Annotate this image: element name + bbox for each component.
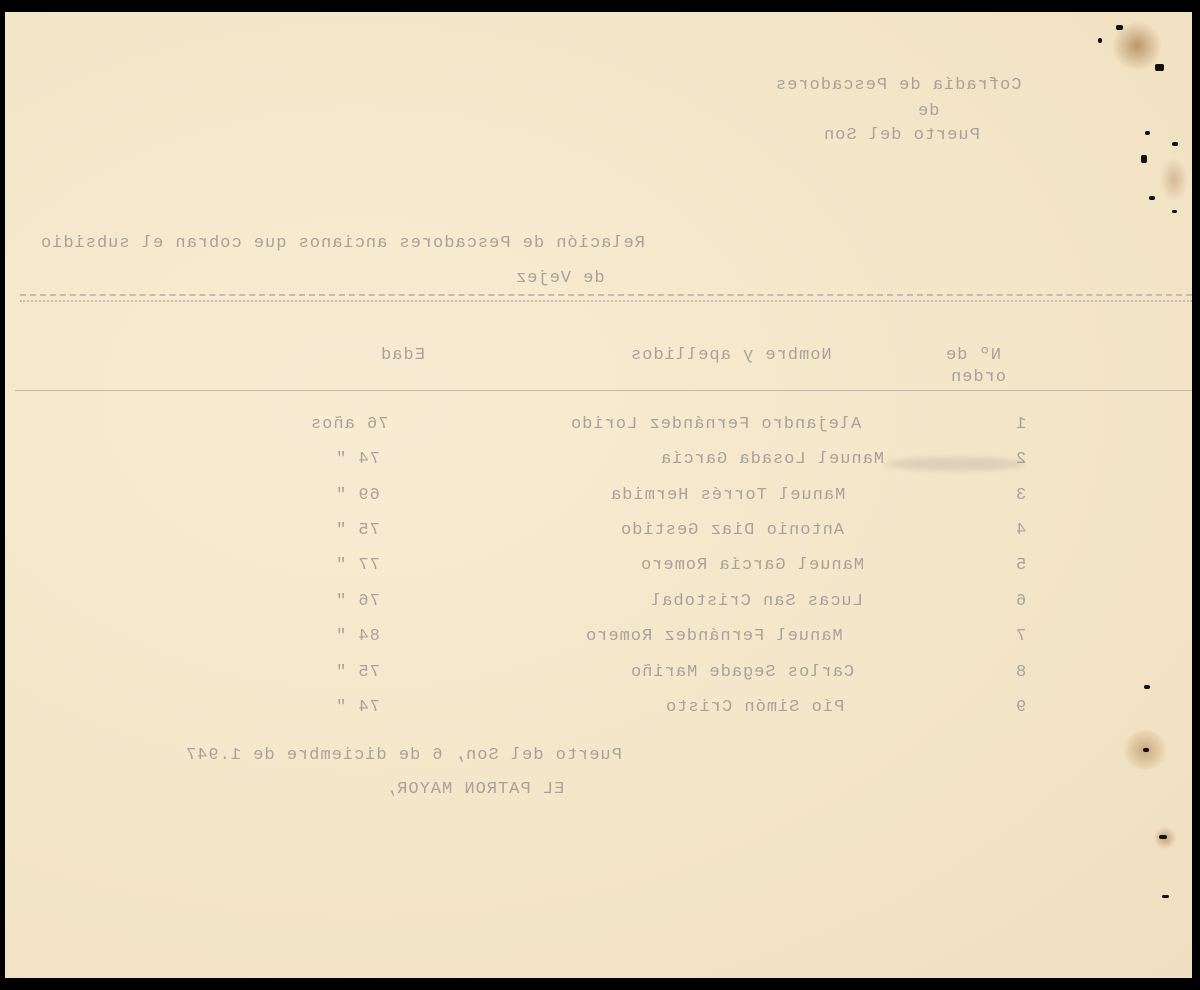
punch-hole: [1098, 38, 1102, 43]
header-line-3: Puerto del Son: [823, 126, 980, 145]
col-header-order-2: orden: [950, 368, 1006, 387]
row-name: Alejandro Fernández Lorido: [570, 415, 861, 434]
title-double-rule-2: [20, 300, 1192, 302]
punch-hole: [1143, 748, 1149, 752]
row-age: 77 ": [335, 556, 380, 575]
table-row: 8 Carlos Segade Mariño 75 ": [5, 663, 1192, 689]
header-underline: [15, 390, 1192, 391]
row-age: 74 ": [335, 698, 380, 717]
col-header-name: Nombre y apellidos: [630, 346, 832, 365]
table-row: 1 Alejandro Fernández Lorido 76 años: [5, 415, 1192, 441]
footer-place-date: Puerto del Son, 6 de diciembre de 1.947: [185, 746, 622, 765]
row-age: 84 ": [335, 627, 380, 646]
row-age: 76 años: [310, 415, 388, 434]
punch-hole: [1144, 685, 1150, 689]
table-row: 4 Antonio Diaz Gestido 75 ": [5, 521, 1192, 547]
row-age: 76 ": [335, 592, 380, 611]
row-number: 4: [1015, 521, 1026, 540]
ink-smudge: [885, 457, 1025, 471]
title-line-1: Relación de Pescadores ancianos que cobr…: [40, 234, 645, 253]
col-header-age: Edad: [380, 346, 425, 365]
table-row: 9 Pío Simón Cristo 74 ": [5, 698, 1192, 724]
punch-hole: [1159, 835, 1167, 839]
punch-hole: [1172, 210, 1177, 213]
row-age: 75 ": [335, 521, 380, 540]
header-line-2: de: [917, 102, 939, 121]
row-age: 75 ": [335, 663, 380, 682]
row-name: Manuel Losada García: [660, 450, 884, 469]
row-number: 5: [1015, 556, 1026, 575]
punch-hole: [1116, 25, 1123, 30]
row-name: Manuel García Romero: [640, 556, 864, 575]
row-name: Carlos Segade Mariño: [630, 663, 854, 682]
row-number: 3: [1015, 486, 1026, 505]
row-age: 69 ": [335, 486, 380, 505]
punch-hole: [1172, 142, 1178, 146]
row-age: 74 ": [335, 450, 380, 469]
document-page: Cofradía de Pescadores de Puerto del Son…: [5, 12, 1192, 978]
rust-stain: [1160, 157, 1188, 202]
col-header-order-1: Nº de: [945, 346, 1001, 365]
punch-hole: [1145, 131, 1150, 135]
punch-hole: [1155, 64, 1164, 71]
title-double-rule: [20, 294, 1192, 296]
footer-signature: EL PATRON MAYOR,: [385, 780, 564, 799]
row-name: Lucas San Cristobal: [650, 592, 863, 611]
row-name: Manuel Fernández Romero: [585, 627, 843, 646]
table-row: 7 Manuel Fernández Romero 84 ": [5, 627, 1192, 653]
row-number: 6: [1015, 592, 1026, 611]
row-number: 7: [1015, 627, 1026, 646]
row-name: Antonio Diaz Gestido: [620, 521, 844, 540]
punch-hole: [1141, 155, 1147, 163]
row-number: 9: [1015, 698, 1026, 717]
title-line-2: de Vejez: [515, 269, 605, 288]
row-number: 8: [1015, 663, 1026, 682]
row-number: 1: [1015, 415, 1026, 434]
header-line-1: Cofradía de Pescadores: [775, 76, 1021, 95]
row-name: Manuel Torrés Hermida: [610, 486, 845, 505]
punch-hole: [1149, 196, 1155, 200]
table-row: 5 Manuel García Romero 77 ": [5, 556, 1192, 582]
table-row: 3 Manuel Torrés Hermida 69 ": [5, 486, 1192, 512]
table-row: 6 Lucas San Cristobal 76 ": [5, 592, 1192, 618]
punch-hole: [1162, 895, 1169, 898]
row-name: Pío Simón Cristo: [665, 698, 844, 717]
